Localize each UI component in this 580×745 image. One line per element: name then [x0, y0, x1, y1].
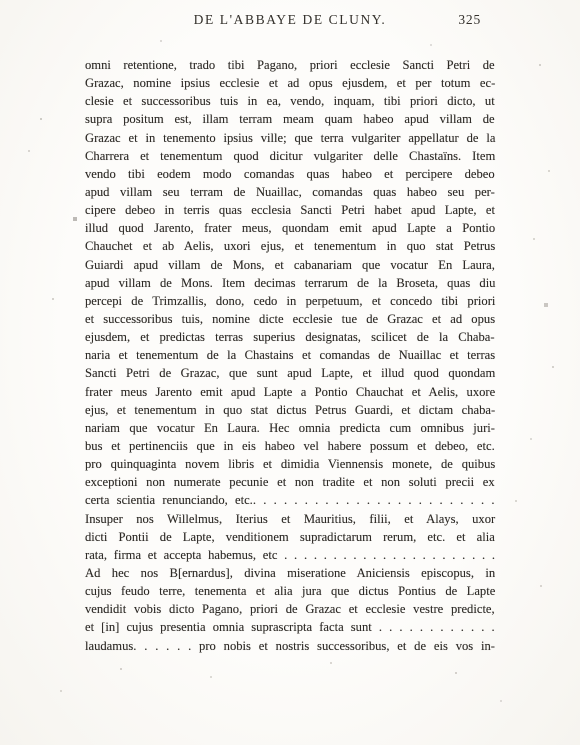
- scanned-book-page: DE L'ABBAYE DE CLUNY. 325 omni retention…: [0, 0, 580, 745]
- text-line-content: ejusdem, et predictas terras superius de…: [85, 328, 495, 346]
- text-line: exceptioni non numerate pecunie et non t…: [85, 473, 495, 491]
- text-line-content: ejus, et tenementum in quo stat dictus P…: [85, 401, 495, 419]
- text-line: omni retentione, trado tibi Pagano, prio…: [85, 56, 495, 74]
- page-number: 325: [458, 12, 481, 28]
- text-line: vendidit vobis dicto Pagano, priori de G…: [85, 600, 495, 618]
- text-line: naria et tenementum de la Chastains et c…: [85, 346, 495, 364]
- text-line: et [in] cujus presentia omnia suprascrip…: [85, 618, 495, 636]
- text-line: Ad hec nos B[ernardus], divina miseratio…: [85, 564, 495, 582]
- text-line: supra positum est, illam terram meam qua…: [85, 110, 495, 128]
- text-line-content: percepi de Trimzallis, dono, cedo in per…: [85, 292, 495, 310]
- text-line: dicti Pontii de Lapte, venditionem supra…: [85, 528, 495, 546]
- text-line: bus et pertinenciis que in eis habeo vel…: [85, 437, 495, 455]
- text-line: Grazac et in tenemento ipsius ville; que…: [85, 129, 495, 147]
- text-line-content: et [in] cujus presentia omnia suprascrip…: [85, 618, 495, 636]
- text-line: apud villam de Mons. Item decimas terrar…: [85, 274, 495, 292]
- text-line-content: frater meus Jarento emit apud Lapte a Po…: [85, 383, 495, 401]
- text-line: Grazac, nomine ipsius ecclesie et ad opu…: [85, 74, 495, 92]
- text-line-content: Sancti Petri de Grazac, que sunt apud La…: [85, 364, 495, 382]
- text-line-content: omni retentione, trado tibi Pagano, prio…: [85, 56, 495, 74]
- text-line: laudamus. . . . . . pro nobis et nostris…: [85, 637, 495, 655]
- text-line: certa scientia renunciando, etc.. . . . …: [85, 491, 495, 509]
- text-line: vendo tibi eodem modo comandas quas habe…: [85, 165, 495, 183]
- text-line-content: dicti Pontii de Lapte, venditionem supra…: [85, 528, 495, 546]
- text-line-content: cujus feudo terre, tenementa et alia jur…: [85, 582, 495, 600]
- text-line-content: clesie et successoribus tuis in ea, vend…: [85, 92, 495, 110]
- text-line: Sancti Petri de Grazac, que sunt apud La…: [85, 364, 495, 382]
- text-line-content: apud villam seu terram de Nuaillac, coma…: [85, 183, 495, 201]
- body-text: omni retentione, trado tibi Pagano, prio…: [85, 56, 495, 655]
- text-line-content: laudamus. . . . . . pro nobis et nostris…: [85, 637, 495, 655]
- text-line: Charrera et tenementum quod dicitur vulg…: [85, 147, 495, 165]
- text-line: apud villam seu terram de Nuaillac, coma…: [85, 183, 495, 201]
- text-line-content: exceptioni non numerate pecunie et non t…: [85, 473, 495, 491]
- text-line: percepi de Trimzallis, dono, cedo in per…: [85, 292, 495, 310]
- text-line-content: Insuper nos Willelmus, Iterius et Maurit…: [85, 510, 495, 528]
- text-line: Chauchet et ab Aelis, uxori ejus, et ten…: [85, 237, 495, 255]
- text-line: pro quinquaginta novem libris et dimidia…: [85, 455, 495, 473]
- text-line: clesie et successoribus tuis in ea, vend…: [85, 92, 495, 110]
- scan-noise-specks: [0, 0, 2, 2]
- text-line: frater meus Jarento emit apud Lapte a Po…: [85, 383, 495, 401]
- text-line: ejus, et tenementum in quo stat dictus P…: [85, 401, 495, 419]
- text-line: ejusdem, et predictas terras superius de…: [85, 328, 495, 346]
- running-head: DE L'ABBAYE DE CLUNY. 325: [85, 12, 495, 32]
- text-line-content: naria et tenementum de la Chastains et c…: [85, 346, 495, 364]
- text-line-content: certa scientia renunciando, etc.. . . . …: [85, 491, 495, 509]
- text-line-content: Chauchet et ab Aelis, uxori ejus, et ten…: [85, 237, 495, 255]
- text-line-content: Guiardi apud villam de Mons, et cabanari…: [85, 256, 495, 274]
- page-header-title: DE L'ABBAYE DE CLUNY.: [85, 12, 495, 28]
- text-line-content: illud quod Jarento, frater meus, quondam…: [85, 219, 495, 237]
- text-line: nariam que vocatur En Laura. Hec omnia p…: [85, 419, 495, 437]
- text-line: rata, firma et accepta habemus, etc . . …: [85, 546, 495, 564]
- text-line-content: vendidit vobis dicto Pagano, priori de G…: [85, 600, 495, 618]
- text-line-content: vendo tibi eodem modo comandas quas habe…: [85, 165, 495, 183]
- text-line-content: Ad hec nos B[ernardus], divina miseratio…: [85, 564, 495, 582]
- text-line: cujus feudo terre, tenementa et alia jur…: [85, 582, 495, 600]
- text-line: illud quod Jarento, frater meus, quondam…: [85, 219, 495, 237]
- text-line-content: bus et pertinenciis que in eis habeo vel…: [85, 437, 495, 455]
- text-line-content: supra positum est, illam terram meam qua…: [85, 110, 495, 128]
- text-line-content: nariam que vocatur En Laura. Hec omnia p…: [85, 419, 495, 437]
- text-line: Guiardi apud villam de Mons, et cabanari…: [85, 256, 495, 274]
- text-line-content: cipere debeo in terris quas ecclesia San…: [85, 201, 495, 219]
- text-line-content: apud villam de Mons. Item decimas terrar…: [85, 274, 495, 292]
- text-line-content: Grazac, nomine ipsius ecclesie et ad opu…: [85, 74, 495, 92]
- text-line-content: rata, firma et accepta habemus, etc . . …: [85, 546, 495, 564]
- text-line-content: et successoribus tuis, nomine dicte eccl…: [85, 310, 495, 328]
- text-line-content: pro quinquaginta novem libris et dimidia…: [85, 455, 495, 473]
- text-line: Insuper nos Willelmus, Iterius et Maurit…: [85, 510, 495, 528]
- text-line: cipere debeo in terris quas ecclesia San…: [85, 201, 495, 219]
- text-line: et successoribus tuis, nomine dicte eccl…: [85, 310, 495, 328]
- text-line-content: Grazac et in tenemento ipsius ville; que…: [85, 129, 495, 147]
- text-line-content: Charrera et tenementum quod dicitur vulg…: [85, 147, 495, 165]
